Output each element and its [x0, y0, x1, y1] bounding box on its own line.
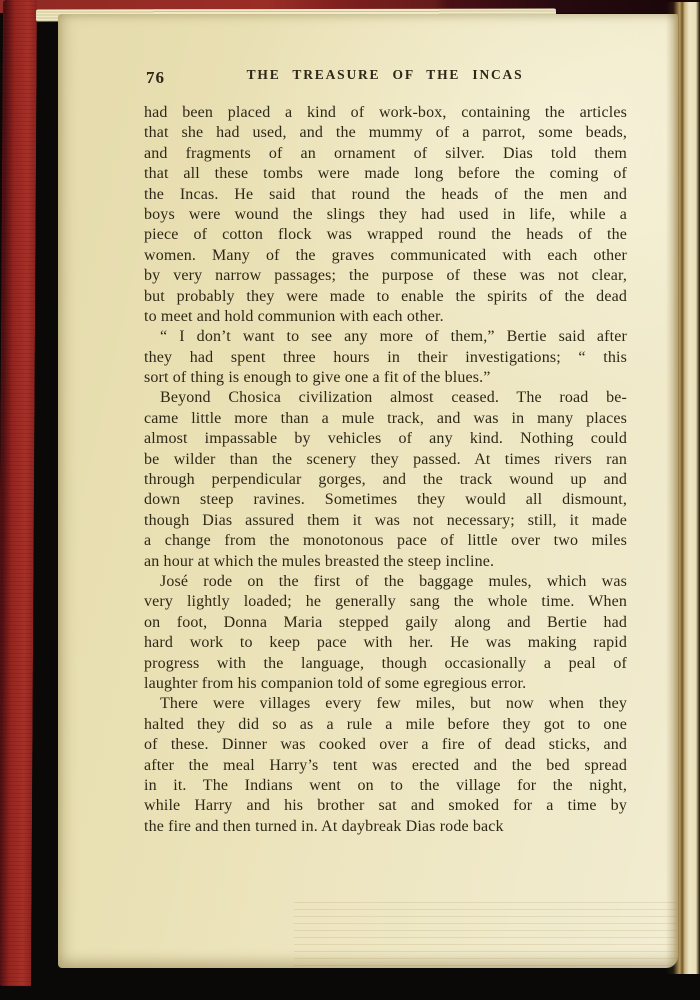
text-line: came little more than a mule track, and …	[144, 409, 627, 429]
text-line: after the meal Harry’s tent was erected …	[144, 756, 627, 776]
running-header: THE TREASURE OF THE INCAS	[144, 67, 626, 83]
stacked-page-edges-bottom	[294, 896, 678, 968]
text-line: boys were wound the slings they had used…	[144, 205, 627, 225]
text-line: almost impassable by vehicles of any kin…	[144, 429, 627, 449]
text-line: the fire and then turned in. At daybreak…	[144, 817, 627, 837]
text-line: on foot, Donna Maria stepped gaily along…	[144, 613, 627, 633]
text-line: laughter from his companion told of some…	[144, 674, 627, 694]
page-header: 76 THE TREASURE OF THE INCAS	[144, 67, 626, 91]
page-number: 76	[146, 68, 165, 88]
text-line: and fragments of an ornament of silver. …	[144, 144, 627, 164]
text-line: sort of thing is enough to give one a fi…	[144, 368, 627, 388]
text-line: piece of cotton flock was wrapped round …	[144, 225, 627, 245]
text-line: halted they did so as a rule a mile befo…	[144, 715, 627, 735]
text-line: women. Many of the graves communicated w…	[144, 246, 627, 266]
text-line: by very narrow passages; the purpose of …	[144, 266, 627, 286]
book-gutter-shadow	[666, 2, 700, 974]
text-line: of these. Dinner was cooked over a fire …	[144, 735, 627, 755]
text-line: that she had used, and the mummy of a pa…	[144, 123, 627, 143]
text-line: an hour at which the mules breasted the …	[144, 552, 627, 572]
text-line: down steep ravines. Sometimes they would…	[144, 490, 627, 510]
book-page: 76 THE TREASURE OF THE INCAS had been pl…	[58, 14, 678, 968]
text-line: had been placed a kind of work-box, cont…	[144, 103, 627, 123]
text-line: in it. The Indians went on to the villag…	[144, 776, 627, 796]
text-line: hard work to keep pace with her. He was …	[144, 633, 627, 653]
text-line: a change from the monotonous pace of lit…	[144, 531, 627, 551]
text-line: through perpendicular gorges, and the tr…	[144, 470, 627, 490]
text-line: be wilder than the scenery they passed. …	[144, 450, 627, 470]
text-line: the Incas. He said that round the heads …	[144, 185, 627, 205]
text-line: they had spent three hours in their inve…	[144, 348, 627, 368]
text-line: that all these tombs were made long befo…	[144, 164, 627, 184]
text-line: while Harry and his brother sat and smok…	[144, 796, 627, 816]
book-photo: 76 THE TREASURE OF THE INCAS had been pl…	[0, 0, 700, 1000]
page-body: had been placed a kind of work-box, cont…	[144, 103, 627, 837]
text-line: José rode on the first of the baggage mu…	[144, 572, 627, 592]
text-line: “ I don’t want to see any more of them,”…	[144, 327, 627, 347]
text-line: Beyond Chosica civilization almost cease…	[144, 388, 627, 408]
text-line: progress with the language, though occas…	[144, 654, 627, 674]
text-line: There were villages every few miles, but…	[144, 694, 627, 714]
text-line: but probably they were made to enable th…	[144, 287, 627, 307]
text-line: very lightly loaded; he generally sang t…	[144, 592, 627, 612]
text-line: to meet and hold communion with each oth…	[144, 307, 627, 327]
text-line: though Dias assured them it was not nece…	[144, 511, 627, 531]
